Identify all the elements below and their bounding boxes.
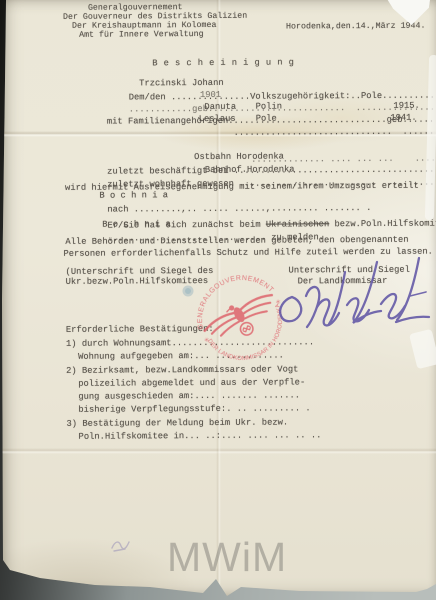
confirmation-item: gung ausgeschieden am:.... ....... .....… [78, 390, 300, 401]
signature-caption-left: Ukr.bezw.Poln.Hilfskomitees [66, 276, 209, 287]
document-paper: Generalgouvernement Der Gouverneur des D… [0, 0, 436, 600]
dateline: Horodenka,den.14.,März 1944. [286, 22, 425, 33]
form-line: Alle Behörden und Dienststellen werden g… [65, 235, 408, 247]
doc-title: B e s c h e i n i g u n g [152, 57, 294, 68]
fill-in-birthyear: 1901 [200, 90, 221, 100]
typewritten-layer: Generalgouvernement Der Gouverneur des D… [0, 0, 436, 600]
confirmation-item: Poln.Hilfskomitee in... ..:.... .... ...… [79, 430, 322, 441]
letterhead-line: Amt für Innere Verwaltung [79, 30, 204, 41]
signature-caption-right: Unterschrift und Siegel [289, 265, 410, 276]
form-line: Personen erforderlichenfalls Schutz und … [63, 247, 433, 259]
confirmation-item: 2) Bezirksamt, bezw.Landkommissars oder … [66, 364, 298, 375]
fill-in-destination: B o c h n i a [99, 190, 168, 200]
confirmation-item: Wohnung aufgegeben am:... ............. [78, 351, 284, 362]
confirmation-item: 1) durch Wohnungsamt....................… [66, 337, 314, 349]
archive-watermark: MWiM [167, 534, 287, 581]
fill-in-employer: Ostbahn Horodenka [194, 152, 284, 163]
fill-in-residence: Bahnhof.Horodenka [205, 164, 295, 175]
confirmation-item: 3) Bestätigung der Meldung beim Ukr. bez… [66, 417, 288, 428]
fill-in-committee-place: B o c h n i a [102, 219, 171, 229]
fill-in-birthyear: 1941. [390, 113, 416, 123]
fill-in-nationality: Polin [256, 102, 282, 112]
text-segment: bezw.Poln.Hilfskomitee [329, 218, 436, 229]
confirmation-item: polizeilich abgemeldet und aus der Verpf… [78, 377, 305, 388]
dotted-base: .............................. ........ [107, 127, 436, 139]
fill-in-birthyear: 1915. [393, 101, 419, 111]
confirmation-item: bisherige Verpflegungsstufe:. .. .......… [78, 403, 310, 414]
signature-caption-right: Der Landkommissar [298, 276, 388, 287]
confirmations-heading: Erforderliche Bestätigungen: [66, 324, 214, 335]
fill-in-nationality: Pole [256, 114, 277, 124]
scanned-document-photo: Generalgouvernement Der Gouverneur des D… [0, 0, 436, 600]
fill-in-name: Danuta [204, 102, 236, 112]
fill-in-name: Leslaus [199, 114, 236, 124]
fill-in-name: Trzcinski Johann [139, 78, 224, 89]
